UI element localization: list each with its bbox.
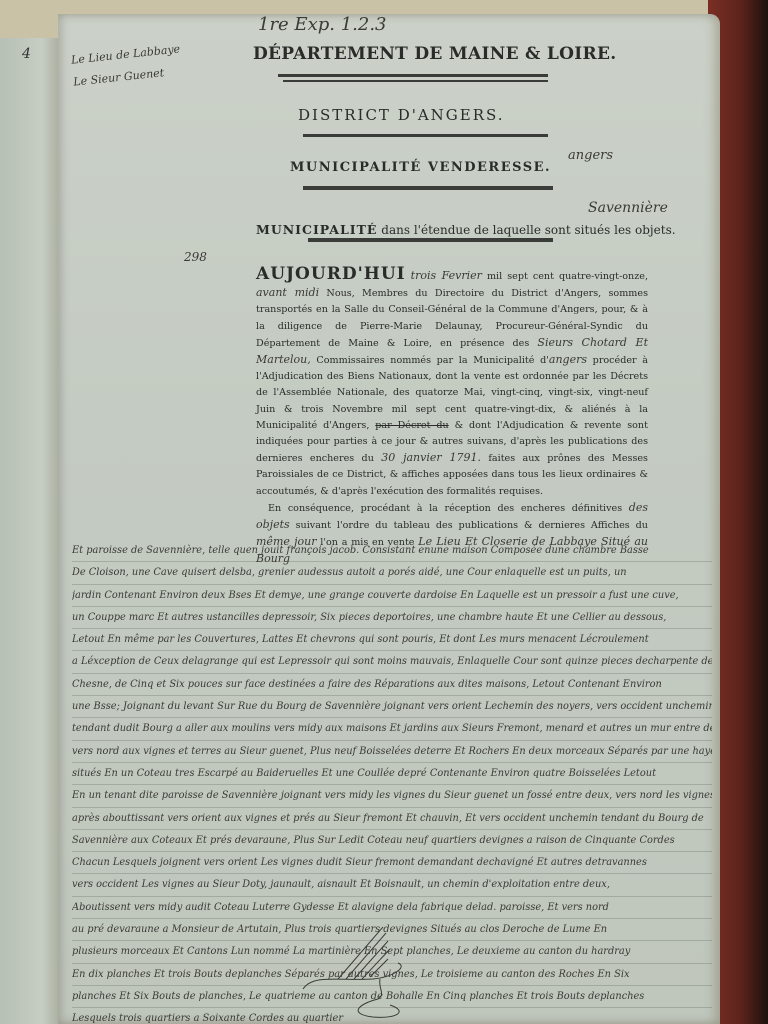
handwritten-line: Et paroisse de Savennière, telle quen jo… (72, 540, 712, 562)
handwritten-line: après abouttissant vers orient aux vigne… (72, 808, 712, 830)
municipalite-objets-value: Savennière (588, 200, 668, 216)
form-text: En conséquence, procédant à la réception… (268, 503, 622, 514)
municipalite-venderesse-value: angers (568, 148, 613, 163)
form-text: suivant l'ordre du tableau des publicati… (296, 520, 648, 531)
form-text: mil sept cent quatre-vingt-onze, (487, 271, 648, 282)
margin-note: Le Lieu de Labbaye Le Sieur Guenet (70, 38, 184, 93)
reference-note: 1re Exp. 1.2.3 (258, 14, 387, 35)
municipalite-objets-text: dans l'étendue de laquelle sont situés l… (381, 223, 675, 237)
handwritten-line: tendant dudit Bourg a aller aux moulins … (72, 718, 712, 740)
divider (308, 238, 553, 242)
handwritten-line: Chacun Lesquels joignent vers orient Les… (72, 852, 712, 874)
handwritten-line: une Bsse; Joignant du levant Sur Rue du … (72, 696, 712, 718)
time-hand: avant midi (256, 286, 319, 299)
form-text: Commissaires nommés par la Municipalité … (316, 355, 548, 366)
department-heading: DÉPARTEMENT DE MAINE & LOIRE. (253, 44, 616, 64)
handwritten-line: jardin Contenant Environ deux Bses Et de… (72, 585, 712, 607)
divider (278, 74, 548, 77)
municipalite-objets: MUNICIPALITÉ dans l'étendue de laquelle … (256, 222, 676, 237)
handwritten-line: un Couppe marc Et autres ustancilles dep… (72, 607, 712, 629)
previous-page-leaf: 4 (0, 38, 62, 1024)
handwritten-line: Chesne, de Cinq et Six pouces sur face d… (72, 674, 712, 696)
handwritten-line: vers occident Les vignes au Sieur Doty, … (72, 874, 712, 896)
date-hand: trois Fevrier (411, 269, 482, 282)
handwritten-line: Letout En même par les Couvertures, Latt… (72, 629, 712, 651)
handwritten-line: Savennière aux Coteaux Et prés devaraune… (72, 830, 712, 852)
divider (303, 134, 548, 137)
municipalite-venderesse-label: MUNICIPALITÉ VENDERESSE. (290, 160, 551, 175)
divider (283, 80, 548, 82)
opening-word: AUJOURD'HUI (256, 264, 406, 284)
handwritten-line: De Cloison, une Cave quisert delsba, gre… (72, 562, 712, 584)
handwritten-line: situés En un Coteau tres Escarpé au Baid… (72, 763, 712, 785)
enchere-date-hand: 30 janvier 1791. (381, 451, 481, 464)
divider (303, 186, 553, 190)
district-heading: DISTRICT D'ANGERS. (298, 106, 505, 124)
handwritten-line: vers nord aux vignes et terres au Sieur … (72, 741, 712, 763)
handwritten-line: a Léxception de Ceux delagrange qui est … (72, 651, 712, 673)
municipality-hand: angers (549, 353, 587, 366)
handwritten-line: Aboutissent vers midy audit Coteau Luter… (72, 897, 712, 919)
leaf-mark: 4 (22, 46, 31, 62)
handwritten-line: En un tenant dite paroisse de Savennière… (72, 785, 712, 807)
struck-text: par Décret du (375, 420, 448, 431)
signature-flourish (298, 919, 428, 1019)
document-page: 1re Exp. 1.2.3 Le Lieu de Labbaye Le Sie… (58, 14, 720, 1024)
folio-number: 298 (184, 250, 207, 264)
printed-form-text: AUJOURD'HUI trois Fevrier mil sept cent … (256, 266, 648, 569)
municipalite-objets-label: MUNICIPALITÉ (256, 222, 377, 237)
